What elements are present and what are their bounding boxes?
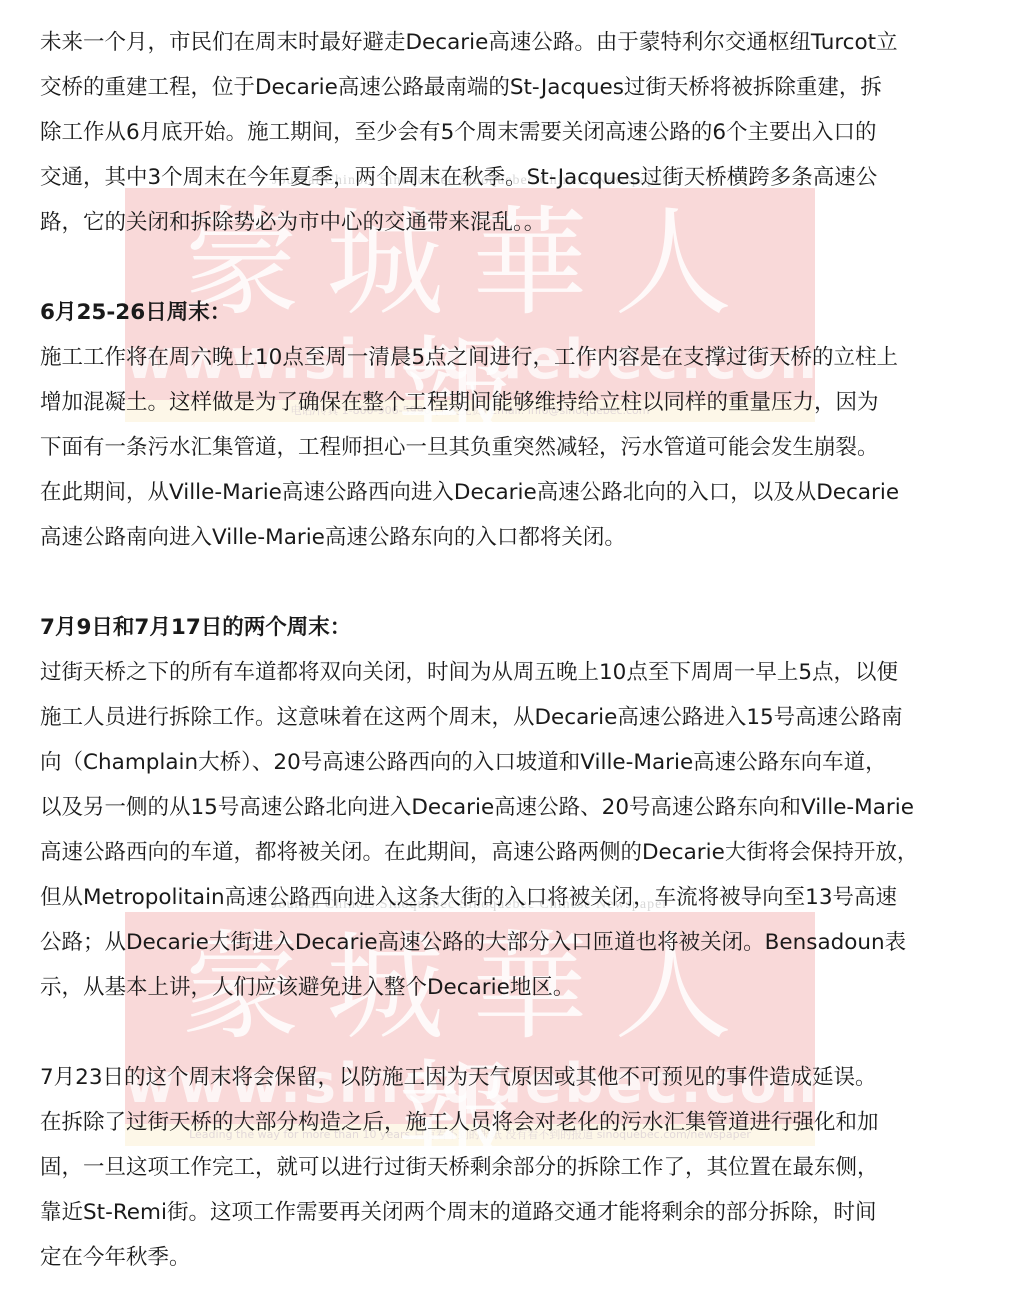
text-line: 在拆除了过街天桥的大部分构造之后，施工人员将会对老化的污水汇集管道进行强化和加 — [40, 1100, 990, 1145]
text-line: 在此期间，从Ville-Marie高速公路西向进入Decarie高速公路北向的入… — [40, 470, 990, 515]
text-line: 施工人员进行拆除工作。这意味着在这两个周末，从Decarie高速公路进入15号高… — [40, 695, 990, 740]
spacer — [40, 560, 990, 605]
text-line: 高速公路西向的车道，都将被关闭。在此期间，高速公路两侧的Decarie大街将会保… — [40, 830, 990, 875]
section-july-9-17: 7月9日和7月17日的两个周末： 过街天桥之下的所有车道都将双向关闭，时间为从周… — [40, 605, 990, 1010]
text-line: 交通，其中3个周末在今年夏季，两个周末在秋季。St-Jacques过街天桥横跨多… — [40, 155, 990, 200]
text-line: 施工工作将在周六晚上10点至周一清晨5点之间进行，工作内容是在支撑过街天桥的立柱… — [40, 335, 990, 380]
text-line: 定在今年秋季。 — [40, 1235, 990, 1280]
text-line: 下面有一条污水汇集管道，工程师担心一旦其负重突然减轻，污水管道可能会发生崩裂。 — [40, 425, 990, 470]
text-line: 但从Metropolitain高速公路西向进入这条大街的入口将被关闭，车流将被导… — [40, 875, 990, 920]
section-heading: 7月9日和7月17日的两个周末： — [40, 605, 990, 650]
text-line: 除工作从6月底开始。施工期间，至少会有5个周末需要关闭高速公路的6个主要出入口的 — [40, 110, 990, 155]
section-heading: 6月25-26日周末： — [40, 290, 990, 335]
text-line: 7月23日的这个周末将会保留，以防施工因为天气原因或其他不可预见的事件造成延误。 — [40, 1055, 990, 1100]
text-line: 过街天桥之下的所有车道都将双向关闭，时间为从周五晚上10点至下周周一早上5点，以… — [40, 650, 990, 695]
spacer — [40, 1010, 990, 1055]
text-line: 靠近St-Remi街。这项工作需要再关闭两个周末的道路交通才能将剩余的部分拆除，… — [40, 1190, 990, 1235]
text-line: 高速公路南向进入Ville-Marie高速公路东向的入口都将关闭。 — [40, 515, 990, 560]
text-line: 路，它的关闭和拆除势必为市中心的交通带来混乱。。 — [40, 200, 990, 245]
section-july-23: 7月23日的这个周末将会保留，以防施工因为天气原因或其他不可预见的事件造成延误。… — [40, 1055, 990, 1280]
text-line: 公路；从Decarie大街进入Decarie高速公路的大部分入口匝道也将被关闭。… — [40, 920, 990, 965]
section-june-25-26: 6月25-26日周末： 施工工作将在周六晚上10点至周一清晨5点之间进行，工作内… — [40, 290, 990, 560]
text-line: 示，从基本上讲，人们应该避免进入整个Decarie地区。 — [40, 965, 990, 1010]
text-line: 向（Champlain大桥）、20号高速公路西向的入口坡道和Ville-Mari… — [40, 740, 990, 785]
article-body: 未来一个月，市民们在周末时最好避走Decarie高速公路。由于蒙特利尔交通枢纽T… — [40, 20, 990, 1280]
text-line: 增加混凝土。这样做是为了确保在整个工程期间能够维持给立柱以同样的重量压力，因为 — [40, 380, 990, 425]
text-line: 交桥的重建工程，位于Decarie高速公路最南端的St-Jacques过街天桥将… — [40, 65, 990, 110]
intro-paragraph: 未来一个月，市民们在周末时最好避走Decarie高速公路。由于蒙特利尔交通枢纽T… — [40, 20, 990, 245]
text-line: 以及另一侧的从15号高速公路北向进入Decarie高速公路、20号高速公路东向和… — [40, 785, 990, 830]
text-line: 固，一旦这项工作完工，就可以进行过街天桥剩余部分的拆除工作了，其位置在最东侧， — [40, 1145, 990, 1190]
text-line: 未来一个月，市民们在周末时最好避走Decarie高速公路。由于蒙特利尔交通枢纽T… — [40, 20, 990, 65]
spacer — [40, 245, 990, 290]
